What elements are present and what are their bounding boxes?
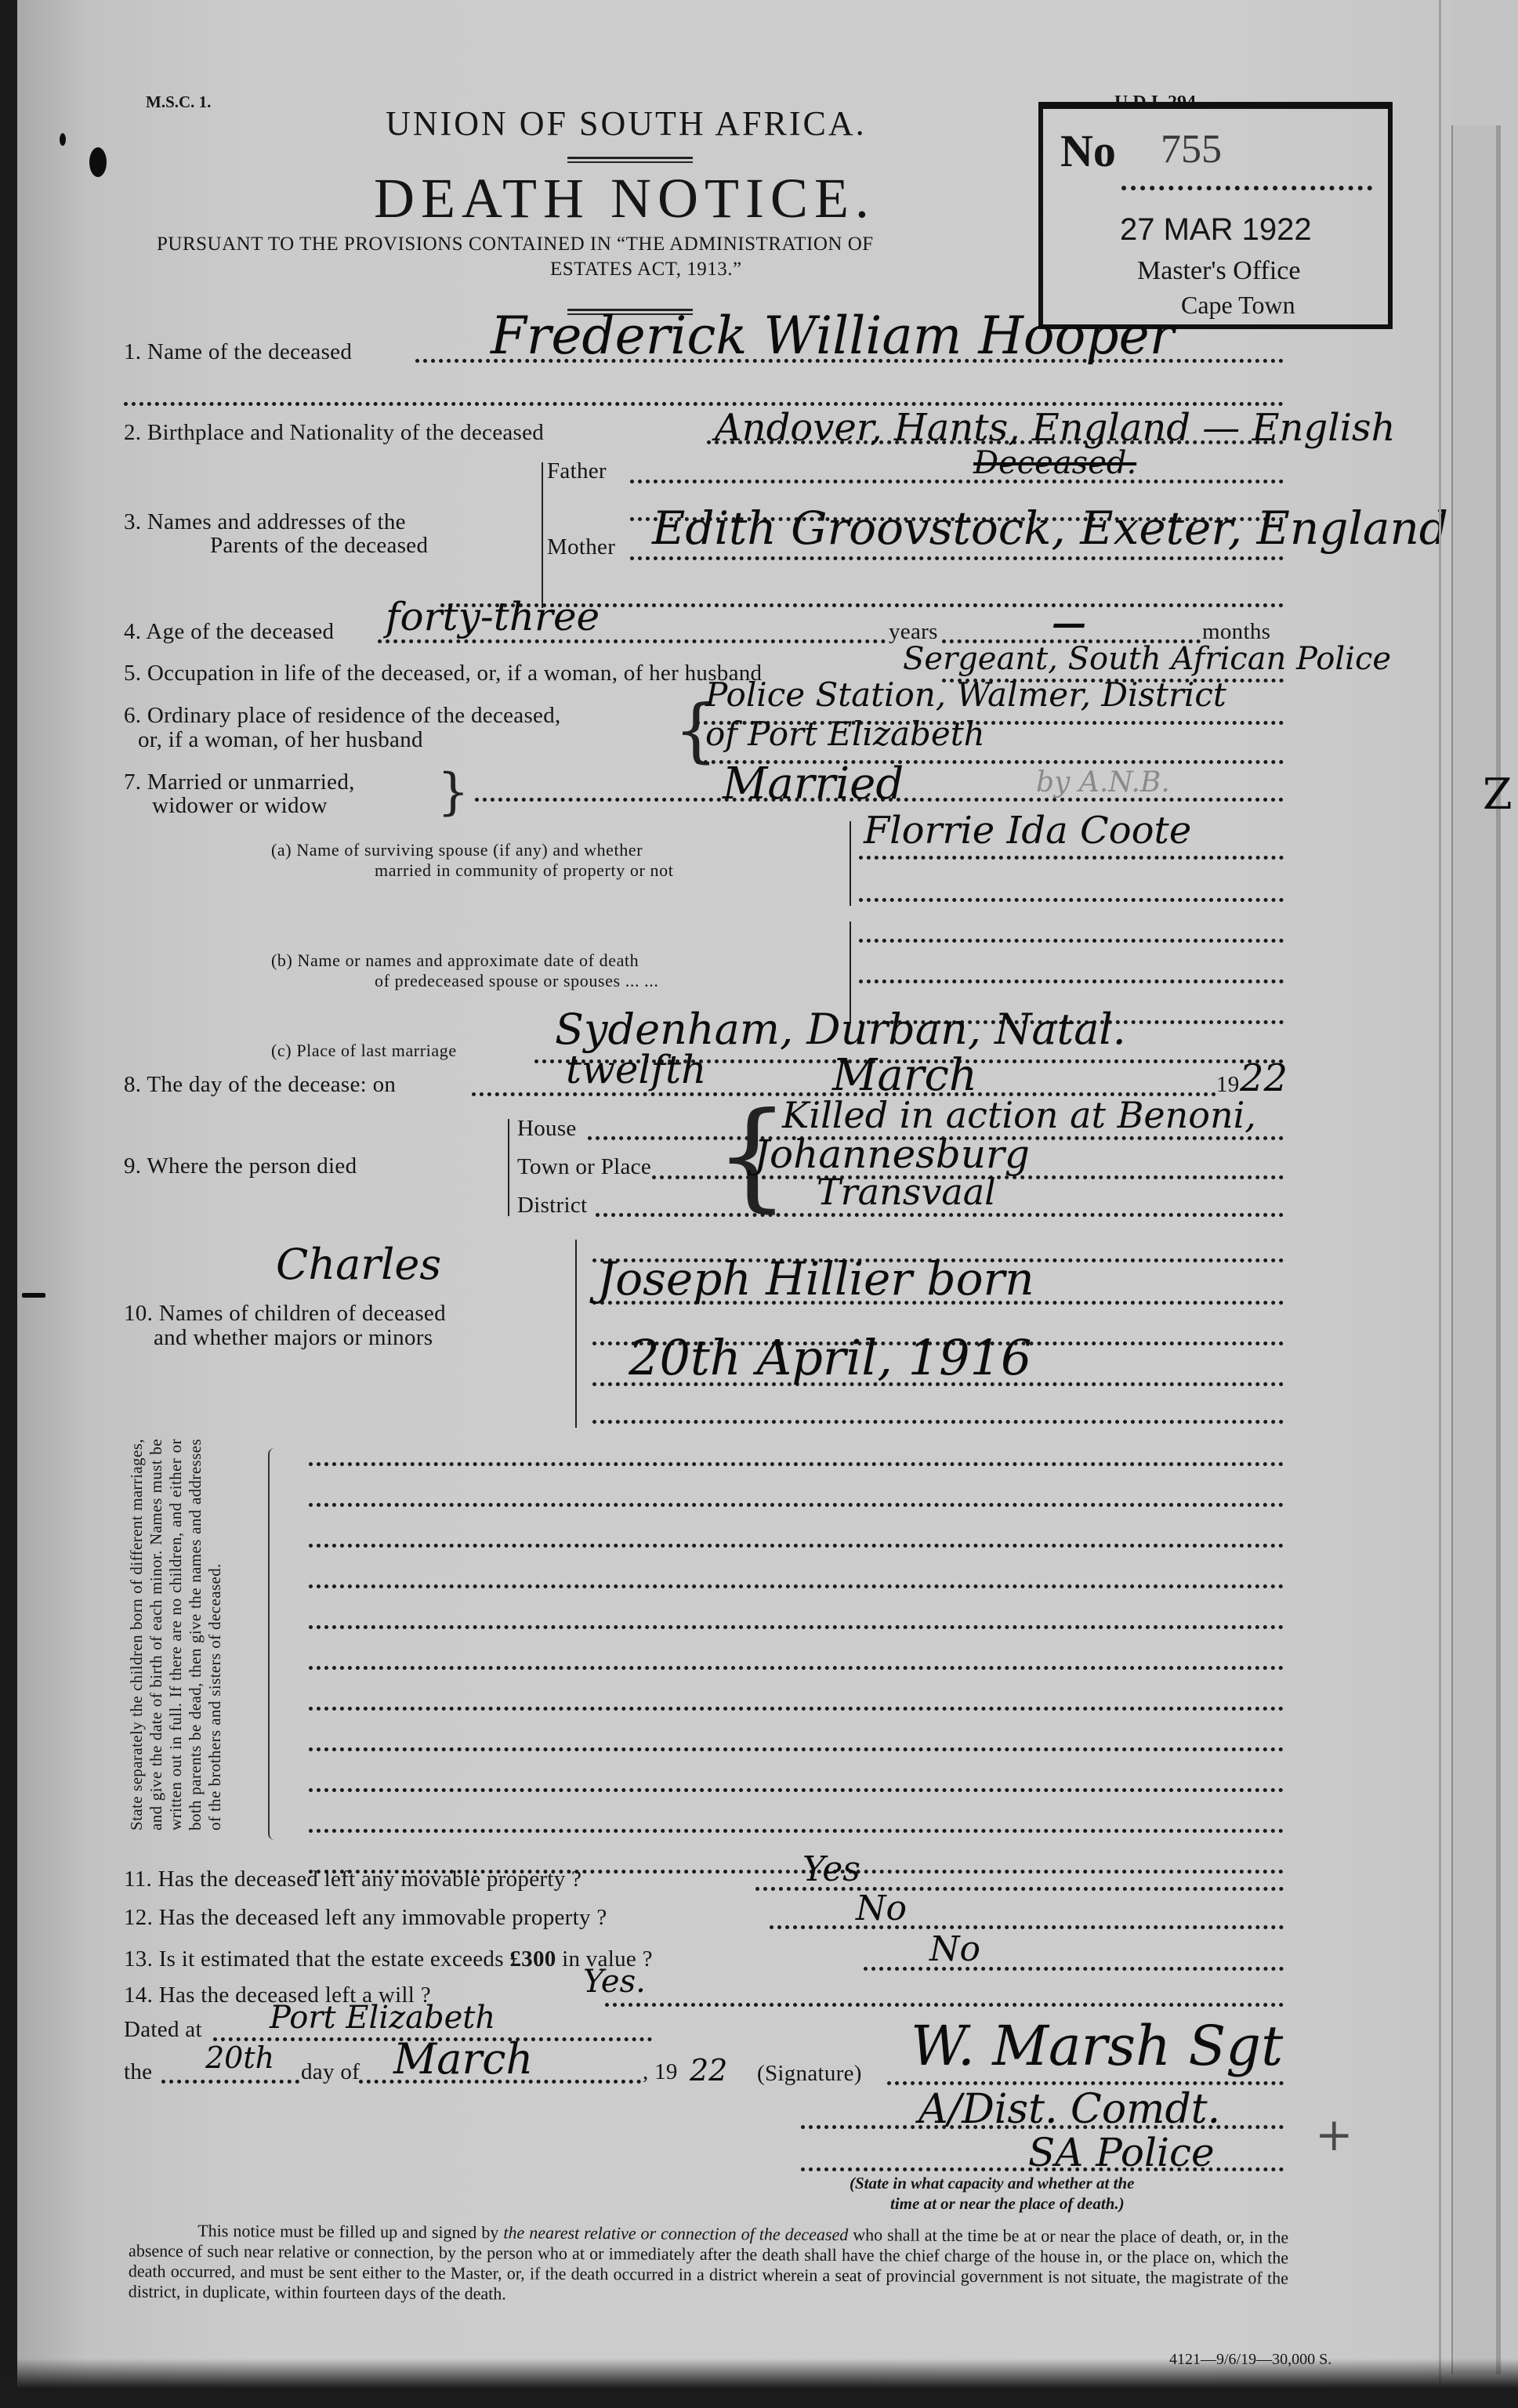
blank-dotted-line[interactable]	[309, 1584, 1284, 1588]
q7b-label-line-2: of predeceased spouse or spouses ... ...	[375, 971, 658, 991]
subtitle-line-2: ESTATES ACT, 1913.”	[550, 259, 742, 281]
stamp-number: 755	[1161, 126, 1222, 172]
q10-child-first-name[interactable]: Charles	[276, 1240, 441, 1289]
margin-mark: Z	[1483, 769, 1513, 819]
form-code: M.S.C. 1.	[146, 92, 211, 112]
q3-label-line-1: 3. Names and addresses of the	[124, 509, 406, 535]
stamp-date: 27 MAR 1922	[1120, 212, 1312, 248]
q7a-label-line-1: (a) Name of surviving spouse (if any) an…	[271, 840, 643, 860]
q11-label: 11. Has the deceased left any movable pr…	[124, 1867, 581, 1892]
q12-label: 12. Has the deceased left any immovable …	[124, 1905, 607, 1931]
q7-label-line-2: widower or widow	[152, 793, 328, 819]
q1-deceased-name[interactable]: Frederick William Hooper	[491, 306, 1174, 366]
father-label: Father	[547, 458, 607, 484]
subtitle-line-1: PURSUANT TO THE PROVISIONS CONTAINED IN …	[157, 234, 874, 255]
q8-label: 8. The day of the decease: on	[124, 1072, 396, 1098]
q3-label-line-2: Parents of the deceased	[210, 533, 428, 559]
q5-label: 5. Occupation in life of the deceased, o…	[124, 661, 762, 686]
q9-house[interactable]: Killed in action at Benoni,	[782, 1094, 1256, 1136]
q6-label-line-1: 6. Ordinary place of residence of the de…	[124, 703, 561, 729]
masters-office-stamp: No 755 27 MAR 1922 Master's Office Cape …	[1038, 102, 1393, 329]
signature[interactable]: W. Marsh Sgt	[911, 2014, 1283, 2078]
q10-label-line-1: 10. Names of children of deceased	[124, 1301, 446, 1327]
capacity-note-line-2: time at or near the place of death.)	[890, 2194, 1125, 2214]
q7c-label: (c) Place of last marriage	[271, 1041, 457, 1061]
page-title: DEATH NOTICE.	[374, 166, 875, 231]
stamp-office: Master's Office	[1137, 256, 1300, 286]
pencil-annotation: by A.N.B.	[1036, 766, 1170, 798]
q10-children-line-1[interactable]: Joseph Hillier born	[597, 1252, 1034, 1305]
q8-day[interactable]: twelfth	[566, 1047, 706, 1092]
q1-label: 1. Name of the deceased	[124, 339, 352, 365]
brace: }	[437, 763, 469, 821]
paper-damage	[22, 1293, 45, 1298]
blank-dotted-line[interactable]	[309, 1544, 1284, 1548]
signed-day[interactable]: 20th	[205, 2040, 274, 2075]
q7b-label-line-1: (b) Name or names and approximate date o…	[271, 951, 639, 971]
stamp-city: Cape Town	[1181, 291, 1295, 320]
blank-dotted-line[interactable]	[309, 1788, 1284, 1792]
q9-district[interactable]: Transvaal	[817, 1171, 996, 1213]
q10-label-line-2: and whether majors or minors	[154, 1325, 433, 1351]
heading-rule	[567, 157, 693, 163]
death-notice-form: M.S.C. 1. UNION OF SOUTH AFRICA. DEATH N…	[17, 0, 1451, 2408]
q13-estate-exceeds-300[interactable]: No	[929, 1929, 980, 1969]
dated-at-place[interactable]: Port Elizabeth	[270, 2000, 495, 2036]
q4-age-months[interactable]: —	[1052, 603, 1086, 643]
q4-label: 4. Age of the deceased	[124, 619, 334, 645]
stamp-no-label: No	[1060, 125, 1116, 177]
punch-hole	[89, 147, 107, 177]
blank-dotted-line[interactable]	[309, 1707, 1284, 1711]
signature-label: (Signature)	[757, 2061, 862, 2087]
day-of-label: day of	[301, 2059, 360, 2085]
mother-label: Mother	[547, 534, 615, 560]
blank-dotted-line[interactable]	[309, 1462, 1284, 1466]
q7a-label-line-2: married in community of property or not	[375, 860, 673, 881]
q12-immovable-property[interactable]: No	[856, 1888, 907, 1928]
q7-label-line-1: 7. Married or unmarried,	[124, 769, 355, 795]
q5-occupation[interactable]: Sergeant, South African Police	[903, 641, 1391, 677]
q6-residence-line-2[interactable]: of Port Elizabeth	[705, 715, 985, 753]
footer-notice: This notice must be filled up and signed…	[129, 2220, 1289, 2308]
capacity-note-line-1: (State in what capacity and whether at t…	[850, 2174, 1134, 2193]
q7a-surviving-spouse[interactable]: Florrie Ida Coote	[864, 809, 1191, 853]
signed-year-prefix: , 19	[643, 2059, 678, 2085]
blank-dotted-line[interactable]	[309, 1829, 1284, 1833]
q13-label: 13. Is it estimated that the estate exce…	[124, 1946, 653, 1972]
q9-label: 9. Where the person died	[124, 1153, 357, 1179]
q4-age-years[interactable]: forty-three	[386, 594, 600, 639]
q6-residence-line-1[interactable]: Police Station, Walmer, District	[705, 675, 1226, 714]
q14-will[interactable]: Yes.	[583, 1964, 646, 2000]
district-label: District	[517, 1193, 587, 1218]
blank-dotted-line[interactable]	[309, 1503, 1284, 1507]
page-edge	[1439, 0, 1441, 2408]
town-label: Town or Place	[517, 1154, 651, 1180]
brace	[268, 1448, 281, 1840]
blank-dotted-line[interactable]	[309, 1747, 1284, 1751]
margin-cross-mark: +	[1315, 2108, 1353, 2161]
signed-month[interactable]: March	[393, 2034, 533, 2084]
paper-damage	[60, 133, 66, 146]
underlying-page-edge	[1451, 125, 1501, 2374]
house-label: House	[517, 1116, 577, 1142]
q2-label: 2. Birthplace and Nationality of the dec…	[124, 420, 544, 446]
mother-value[interactable]: Edith Groovstock, Exeter, England	[652, 502, 1448, 555]
q2-birthplace-nationality[interactable]: Andover, Hants, England — English	[715, 406, 1395, 450]
signed-year[interactable]: 22	[690, 2053, 727, 2088]
q7-marital-status[interactable]: Married	[723, 759, 904, 809]
q10-children-line-2[interactable]: 20th April, 1916	[629, 1329, 1031, 1386]
blank-dotted-line[interactable]	[309, 1666, 1284, 1670]
q6-label-line-2: or, if a woman, of her husband	[138, 727, 423, 753]
the-label: the	[124, 2059, 152, 2085]
instructions-vertical-text: State separately the children born of di…	[127, 1439, 225, 1830]
scan-bottom-shadow	[0, 2359, 1518, 2408]
blank-dotted-line[interactable]	[309, 1625, 1284, 1629]
dated-at-label: Dated at	[124, 2017, 202, 2043]
q11-movable-property[interactable]: Yes	[802, 1849, 860, 1889]
father-value[interactable]: Deceased.	[973, 445, 1136, 481]
country-heading: UNION OF SOUTH AFRICA.	[386, 103, 867, 143]
